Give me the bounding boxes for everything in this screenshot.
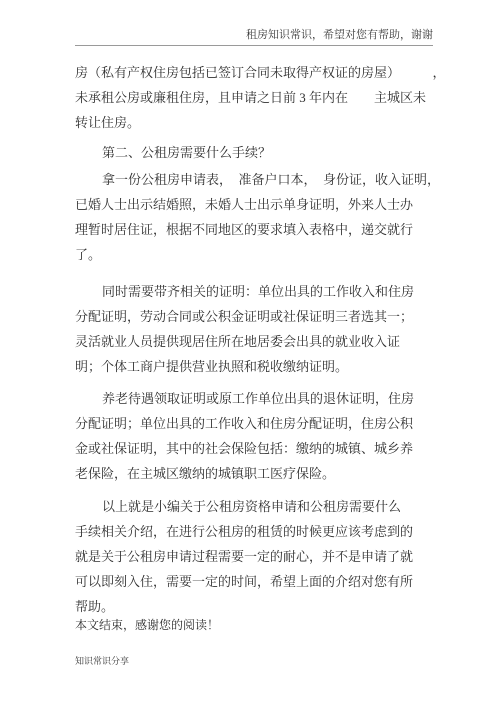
paragraph-required-certificates: 同时需要带齐相关的证明：单位出具的工作收入和住房 分配证明，劳动合同或公积金证明… xyxy=(75,279,445,379)
text-line: 以上就是小编关于公租房资格申请和公租房需要什么 xyxy=(75,494,445,519)
page-footer-text: 知识常识分享 xyxy=(75,654,129,668)
paragraph-closing: 本文结束，感谢您的阅读！ xyxy=(75,613,445,638)
paragraph-application-steps: 拿一份公租房申请表， 准备户口本， 身份证，收入证明， 已婚人士出示结婚照，未婚… xyxy=(75,167,445,267)
paragraph-continuation: 房（私有产权住房包括已签订合同未取得产权证的房屋） ， 未承租公房或廉租住房，且… xyxy=(75,60,445,135)
text-line: 第二、公租房需要什么手续？ xyxy=(75,140,445,165)
text-line: 理暂时居住证，根据不同地区的要求填入表格中，递交就行 xyxy=(75,217,445,242)
paragraph-pension-certificates: 养老待遇领取证明或原工作单位出具的退休证明，住房 分配证明；单位出具的工作收入和… xyxy=(75,386,445,486)
document-page: 租房知识常识，希望对您有帮助，谢谢 房（私有产权住房包括已签订合同未取得产权证的… xyxy=(0,0,500,708)
text-line: 就是关于公租房申请过程需要一定的耐心，并不是申请了就 xyxy=(75,544,445,569)
paragraph-section-heading: 第二、公租房需要什么手续？ xyxy=(75,140,445,165)
text-line: 了。 xyxy=(75,242,445,267)
text-line: 养老待遇领取证明或原工作单位出具的退休证明，住房 xyxy=(75,386,445,411)
text-line: 手续相关介绍，在进行公租房的租赁的时候更应该考虑到的 xyxy=(75,519,445,544)
text-line: 同时需要带齐相关的证明：单位出具的工作收入和住房 xyxy=(75,279,445,304)
text-line: 灵活就业人员提供现居住所在地居委会出具的就业收入证 xyxy=(75,329,445,354)
paragraph-summary: 以上就是小编关于公租房资格申请和公租房需要什么 手续相关介绍，在进行公租房的租赁… xyxy=(75,494,445,619)
text-line: 房（私有产权住房包括已签订合同未取得产权证的房屋） ， xyxy=(75,60,445,85)
text-line: 拿一份公租房申请表， 准备户口本， 身份证，收入证明， xyxy=(75,167,445,192)
text-line: 老保险，在主城区缴纳的城镇职工医疗保险。 xyxy=(75,461,445,486)
text-line: 明；个体工商户提供营业执照和税收缴纳证明。 xyxy=(75,354,445,379)
text-line: 分配证明，劳动合同或公积金证明或社保证明三者选其一； xyxy=(75,304,445,329)
text-line: 金或社保证明，其中的社会保险包括：缴纳的城镇、城乡养 xyxy=(75,436,445,461)
text-line: 本文结束，感谢您的阅读！ xyxy=(75,613,445,638)
text-line: 可以即刻入住，需要一定的时间，希望上面的介绍对您有所 xyxy=(75,569,445,594)
text-line: 转让住房。 xyxy=(75,110,445,135)
page-header-text: 租房知识常识，希望对您有帮助，谢谢 xyxy=(75,27,433,44)
text-line: 未承租公房或廉租住房，且申请之日前 3 年内在 主城区未 xyxy=(75,85,445,110)
header-rule-line xyxy=(75,45,433,46)
text-line: 分配证明；单位出具的工作收入和住房分配证明，住房公积 xyxy=(75,411,445,436)
text-line: 已婚人士出示结婚照，未婚人士出示单身证明，外来人士办 xyxy=(75,192,445,217)
